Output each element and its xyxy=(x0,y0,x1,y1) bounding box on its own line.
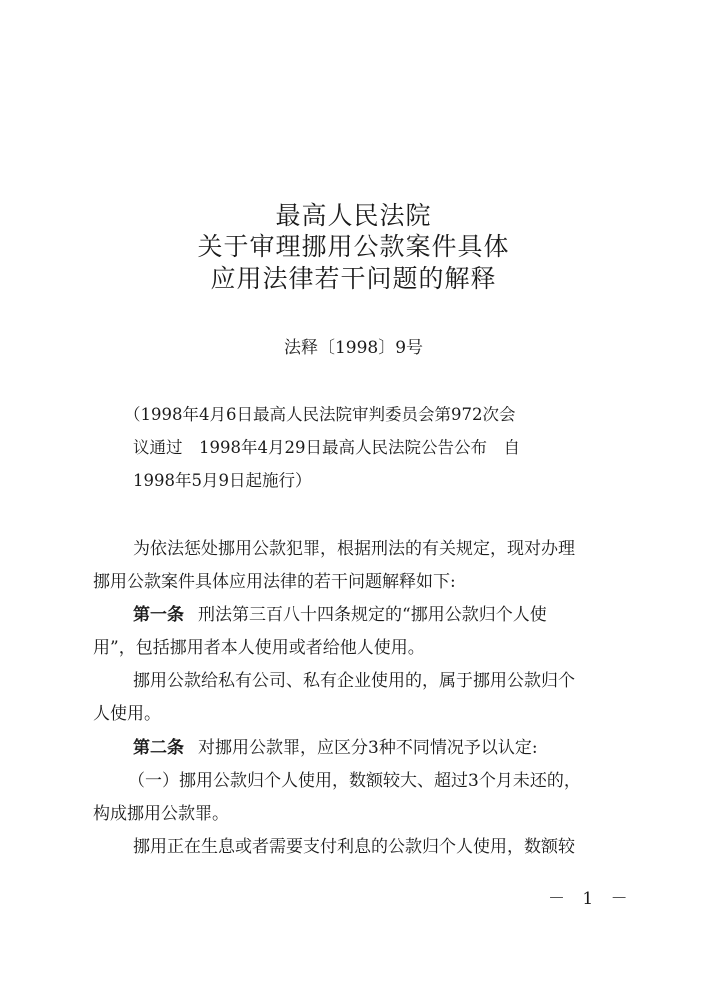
article-2-text: 对挪用公款罪，应区分3种不同情况予以认定: xyxy=(198,738,538,758)
preamble-line-2: 挪用公款案件具体应用法律的若干问题解释如下: xyxy=(93,567,456,592)
article-1-label: 第一条 xyxy=(133,605,184,625)
preamble-line-1: 为依法惩处挪用公款犯罪，根据刑法的有关规定，现对办理 xyxy=(133,534,575,559)
item-1-line-2: 构成挪用公款罪。 xyxy=(93,799,229,824)
adoption-note-line-3: 1998年5月9日起施行） xyxy=(133,467,312,491)
adoption-note-line-2: 议通过 1998年4月29日最高人民法院公告公布 自 xyxy=(133,434,520,458)
title-line-2: 关于审理挪用公款案件具体 xyxy=(0,227,707,263)
adoption-note-line-1: （1998年4月6日最高人民法院审判委员会第972次会 xyxy=(124,401,515,425)
item-1-line-1: （一）挪用公款归个人使用，数额较大、超过3个月未还的， xyxy=(128,766,581,791)
title-line-3: 应用法律若干问题的解释 xyxy=(0,259,707,295)
article-1-line-1: 第一条刑法第三百八十四条规定的“挪用公款归个人使 xyxy=(133,600,547,625)
article-1-line-2: 用”，包括挪用者本人使用或者给他人使用。 xyxy=(93,633,425,658)
article-1-text: 刑法第三百八十四条规定的“挪用公款归个人使 xyxy=(198,605,547,625)
item-1-para2-line-1: 挪用正在生息或者需要支付利息的公款归个人使用，数额较 xyxy=(133,832,575,857)
page-number: － 1 － xyxy=(548,884,634,909)
document-number: 法释〔1998〕9号 xyxy=(0,333,707,358)
article-1-para2-line-2: 人使用。 xyxy=(93,699,161,724)
article-1-para2-line-1: 挪用公款给私有公司、私有企业使用的，属于挪用公款归个 xyxy=(133,666,575,691)
article-2-line-1: 第二条对挪用公款罪，应区分3种不同情况予以认定: xyxy=(133,733,538,758)
article-2-label: 第二条 xyxy=(133,738,184,758)
